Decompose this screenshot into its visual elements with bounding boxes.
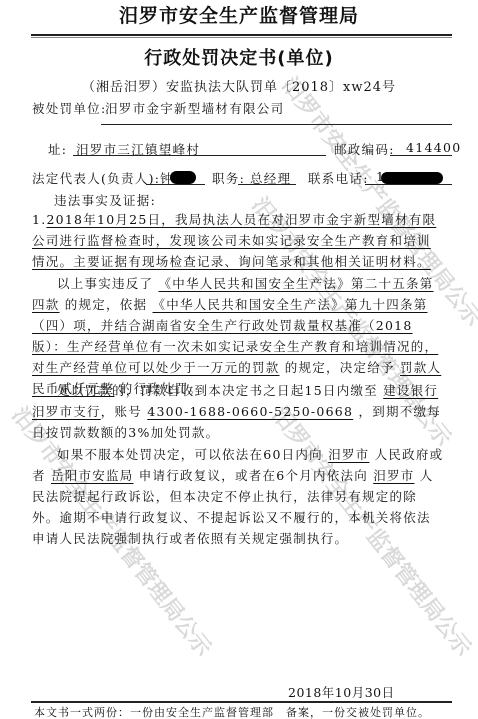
decision-date: 2018年10月30日: [288, 683, 395, 701]
appeal-paragraph: 如果不服本处罚决定，可以依法在60日内向 汨罗市 人民政府或者 岳阳市安监局 申…: [32, 444, 444, 549]
account-number: 4300-1688-0660-5250-0668: [147, 404, 353, 419]
facts-item-text: 2018年10月25日，我局执法人员在对汨罗市金宇新型墙材有限公司进行监督检查时…: [32, 212, 436, 269]
unit-label: 被处罚单位:: [32, 99, 107, 117]
text-segment: ，账号: [101, 404, 142, 419]
review-department: 岳阳市安监局: [51, 468, 134, 483]
facts-item: 1.2018年10月25日，我局执法人员在对汨罗市金宇新型墙材有限公司进行监督检…: [32, 209, 444, 272]
legal-rep-underline: [146, 184, 205, 185]
text-segment: 处以罚款的，罚款自收到本决定书之日起15日内缴至: [57, 383, 378, 398]
text-segment: 申请行政复议，或者在6个月内依法向: [139, 468, 368, 483]
unit-value: 汨罗市金宇新型墙材有限公司: [105, 99, 284, 117]
text-segment: 以上事实违反了: [57, 276, 153, 291]
document-number: （湘岳汨罗）安监执法大队罚单〔2018〕xw24号: [0, 76, 478, 95]
unit-underline: [101, 124, 452, 125]
footer-rule: [31, 701, 452, 703]
court-location: 汨罗市: [373, 468, 414, 483]
phone-underline: [365, 184, 452, 185]
text-segment: 的规定，依据: [65, 297, 148, 312]
review-government: 汨罗市: [328, 447, 369, 462]
position-underline: [238, 184, 296, 185]
postcode-value: 414400: [406, 140, 462, 155]
agency-name: 汨罗市安全生产监督管理局: [0, 1, 478, 28]
redaction-block: [170, 171, 196, 184]
legal-rep-label: 法定代表人(负责人):: [32, 169, 160, 187]
postcode-underline: [390, 155, 452, 156]
text-segment: 的规定，决定给予: [285, 360, 395, 375]
header-rule: [31, 34, 452, 36]
address-label: 址:: [48, 140, 67, 158]
phone-label: 联系电话:: [308, 169, 369, 187]
footer-note: 本文书一式两份：一份由安全生产监督管理部 备案，一份交被处罚单位。: [34, 704, 430, 719]
text-segment: 如果不服本处罚决定，可以依法在60日内向: [57, 447, 323, 462]
document-title: 行政处罚决定书(单位): [0, 44, 478, 70]
facts-item-number: 1.: [32, 212, 46, 227]
payment-paragraph: 处以罚款的，罚款自收到本决定书之日起15日内缴至 建设银行汨罗市支行，账号 43…: [32, 380, 444, 443]
facts-heading: 违法事实及证据:: [54, 191, 156, 209]
address-underline: [73, 155, 326, 156]
postcode-label: 邮政编码:: [334, 140, 395, 158]
header-rule-shadow: [31, 37, 452, 38]
redaction-block: [381, 172, 443, 184]
